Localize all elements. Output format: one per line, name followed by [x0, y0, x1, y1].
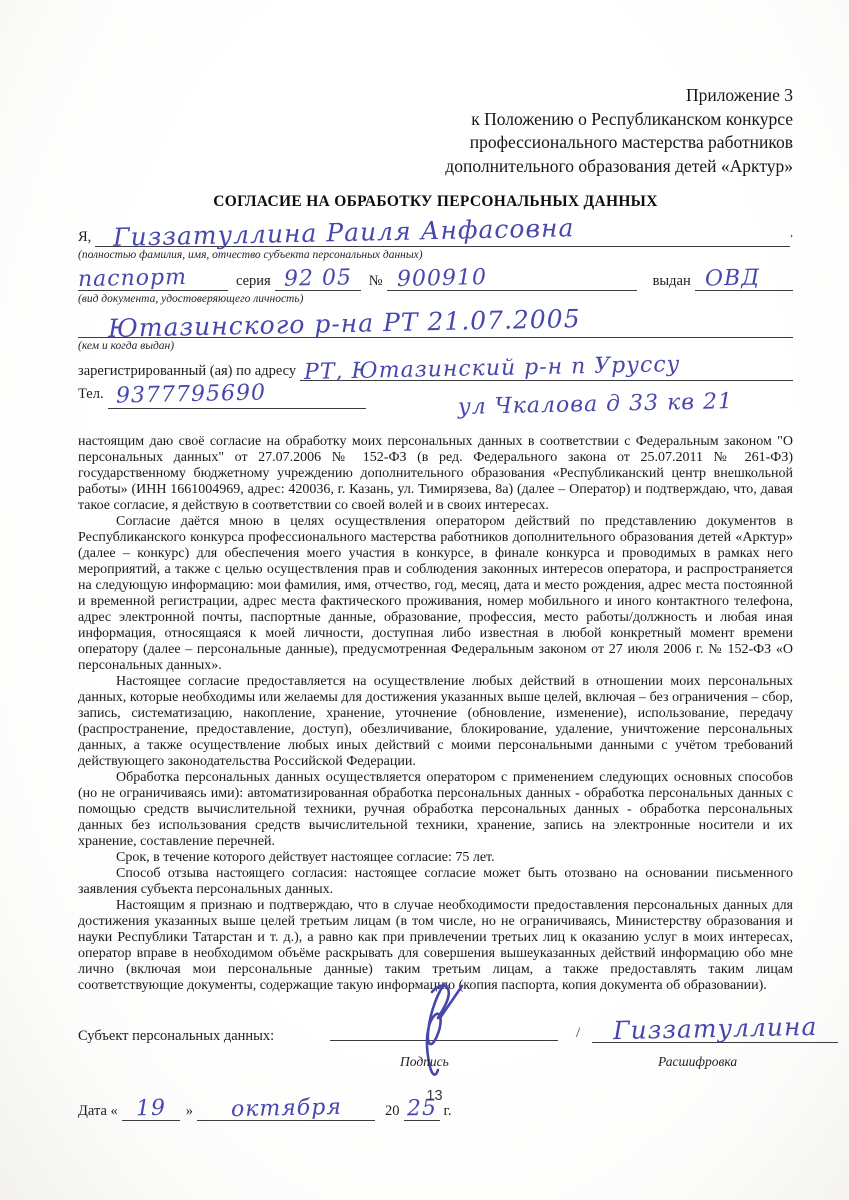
body-paragraphs: настоящим даю своё согласие на обработку…: [78, 434, 793, 994]
issued-label: выдан: [637, 273, 695, 291]
address2-handwriting: ул Чкалова д 33 кв 21: [458, 391, 733, 419]
form-section: Я, Гиззатуллина Раиля Анфасовна , (полно…: [78, 220, 793, 424]
issued-field: ОВД: [695, 268, 793, 291]
issued-handwriting: ОВД: [705, 267, 761, 290]
passport-row: паспорт серия 92 05 № 900910 выдан ОВД: [78, 268, 793, 291]
decode-field: Гиззатуллина: [592, 1016, 838, 1043]
appendix-line: дополнительного образования детей «Аркту…: [78, 155, 793, 179]
signature-captions: Подпись Расшифровка: [78, 1054, 793, 1072]
number-label: №: [361, 273, 387, 291]
series-handwriting: 92 05: [284, 267, 352, 290]
number-field: 900910: [387, 268, 637, 291]
paragraph: Способ отзыва настоящего согласия: насто…: [78, 866, 793, 898]
phone-row: Тел. 9377795690 ул Чкалова д 33 кв 21: [78, 384, 793, 424]
phone-field: 9377795690: [108, 384, 366, 409]
date-year-prefix: 20: [375, 1103, 404, 1121]
series-label: серия: [228, 273, 275, 291]
subject-label: Субъект персональных данных:: [78, 1028, 274, 1045]
scanned-consent-form-page: Приложение 3 к Положению о Республиканск…: [0, 0, 849, 1200]
date-quote-close: »: [180, 1103, 197, 1121]
slash-open: /: [576, 1025, 580, 1042]
issued-by-handwriting: Ютазинского р-на РТ 21.07.2005: [108, 306, 581, 341]
name-line-suffix: ,: [790, 227, 793, 239]
address-handwriting: РТ, Ютазинский р-н п Уруссу: [304, 354, 681, 384]
full-name-handwriting: Гиззатуллина Раиля Анфасовна: [113, 215, 575, 250]
decode-caption: Расшифровка: [658, 1054, 737, 1070]
ya-label: Я,: [78, 229, 95, 247]
full-name-field: Гиззатуллина Раиля Анфасовна: [95, 220, 790, 247]
address-row: зарегистрированный (ая) по адресу РТ, Ют…: [78, 358, 793, 381]
address-label: зарегистрированный (ая) по адресу: [78, 363, 300, 381]
page-title: СОГЛАСИЕ НА ОБРАБОТКУ ПЕРСОНАЛЬНЫХ ДАННЫ…: [78, 193, 793, 211]
decode-handwriting: Гиззатуллина: [613, 1014, 818, 1043]
name-row: Я, Гиззатуллина Раиля Анфасовна ,: [78, 220, 793, 247]
paragraph: настоящим даю своё согласие на обработку…: [78, 434, 793, 514]
paragraph: Настоящее согласие предоставляется на ос…: [78, 674, 793, 770]
appendix-line: профессионального мастерства работников: [78, 131, 793, 155]
paragraph: Настоящим я признаю и подтверждаю, что в…: [78, 898, 793, 994]
date-label: Дата «: [78, 1103, 122, 1121]
page-number: 13: [0, 1088, 849, 1104]
appendix-header: Приложение 3 к Положению о Республиканск…: [78, 84, 793, 178]
series-field: 92 05: [275, 268, 361, 291]
number-handwriting: 900910: [396, 267, 486, 291]
issued-by-row: Ютазинского р-на РТ 21.07.2005: [78, 311, 793, 338]
paragraph: Согласие даётся мною в целях осуществлен…: [78, 514, 793, 674]
date-suffix: г.: [440, 1103, 456, 1121]
paragraph: Обработка персональных данных осуществля…: [78, 770, 793, 850]
appendix-line: к Положению о Республиканском конкурсе: [78, 108, 793, 132]
issued-by-field: Ютазинского р-на РТ 21.07.2005: [78, 311, 793, 338]
phone-handwriting: 9377795690: [115, 382, 265, 407]
doc-type-handwriting: паспорт: [78, 267, 187, 291]
doc-type-caption: (вид документа, удостоверяющего личность…: [78, 292, 793, 307]
signature-row: Субъект персональных данных: / Гиззатулл…: [78, 1008, 793, 1054]
sign-caption: Подпись: [400, 1054, 449, 1070]
appendix-line: Приложение 3: [78, 84, 793, 108]
address-field: РТ, Ютазинский р-н п Уруссу: [300, 358, 793, 381]
paragraph: Срок, в течение которого действует насто…: [78, 850, 793, 866]
doc-type-field: паспорт: [78, 268, 228, 291]
page-content: Приложение 3 к Положению о Республиканск…: [78, 0, 793, 1121]
phone-label: Тел.: [78, 386, 108, 404]
signature-field: [330, 1040, 558, 1041]
